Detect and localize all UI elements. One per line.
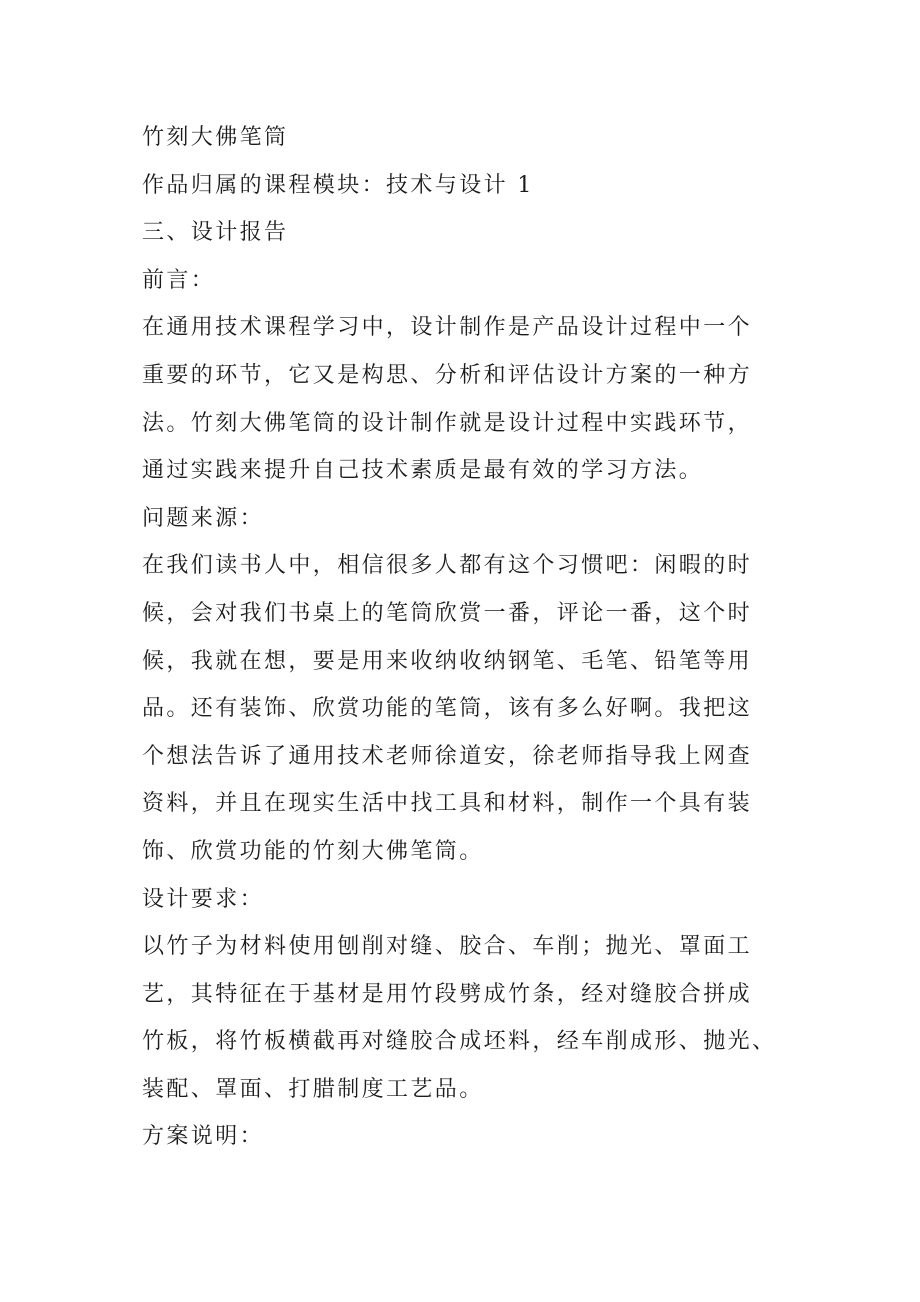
paragraph-line: 品。还有装饰、欣赏功能的笔筒，该有多么好啊。我把这 — [142, 685, 842, 733]
document-page: 竹刻大佛笔筒 作品归属的课程模块：技术与设计 1 三、设计报告 前言： 在通用技… — [142, 114, 842, 1161]
course-module-line: 作品归属的课程模块：技术与设计 1 — [142, 162, 842, 210]
paragraph-line: 饰、欣赏功能的竹刻大佛笔筒。 — [142, 828, 842, 876]
heading-problem-source: 问题来源： — [142, 495, 842, 543]
paragraph-line: 个想法告诉了通用技术老师徐道安，徐老师指导我上网查 — [142, 733, 842, 781]
paragraph-line: 候，我就在想，要是用来收纳收纳钢笔、毛笔、铅笔等用 — [142, 638, 842, 686]
paragraph-line: 候，会对我们书桌上的笔筒欣赏一番，评论一番，这个时 — [142, 590, 842, 638]
heading-plan-description: 方案说明： — [142, 1113, 842, 1161]
document-title: 竹刻大佛笔筒 — [142, 114, 842, 162]
paragraph-problem-source: 在我们读书人中，相信很多人都有这个习惯吧：闲暇的时 候，会对我们书桌上的笔筒欣赏… — [142, 542, 842, 875]
heading-design-requirements: 设计要求： — [142, 876, 842, 924]
paragraph-line: 以竹子为材料使用刨削对缝、胶合、车削；抛光、罩面工 — [142, 923, 842, 971]
paragraph-line: 重要的环节，它又是构思、分析和评估设计方案的一种方 — [142, 352, 842, 400]
paragraph-line: 法。竹刻大佛笔筒的设计制作就是设计过程中实践环节， — [142, 400, 842, 448]
paragraph-line: 在通用技术课程学习中，设计制作是产品设计过程中一个 — [142, 304, 842, 352]
paragraph-design-requirements: 以竹子为材料使用刨削对缝、胶合、车削；抛光、罩面工 艺，其特征在于基材是用竹段劈… — [142, 923, 842, 1113]
section-heading-design-report: 三、设计报告 — [142, 209, 842, 257]
paragraph-line: 装配、罩面、打腊制度工艺品。 — [142, 1066, 842, 1114]
paragraph-line: 通过实践来提升自己技术素质是最有效的学习方法。 — [142, 447, 842, 495]
heading-preface: 前言： — [142, 257, 842, 305]
paragraph-line: 艺，其特征在于基材是用竹段劈成竹条，经对缝胶合拼成 — [142, 971, 842, 1019]
paragraph-line: 资料，并且在现实生活中找工具和材料，制作一个具有装 — [142, 780, 842, 828]
paragraph-line: 在我们读书人中，相信很多人都有这个习惯吧：闲暇的时 — [142, 542, 842, 590]
paragraph-preface: 在通用技术课程学习中，设计制作是产品设计过程中一个 重要的环节，它又是构思、分析… — [142, 304, 842, 494]
paragraph-line: 竹板，将竹板横截再对缝胶合成坯料，经车削成形、抛光、 — [142, 1018, 842, 1066]
